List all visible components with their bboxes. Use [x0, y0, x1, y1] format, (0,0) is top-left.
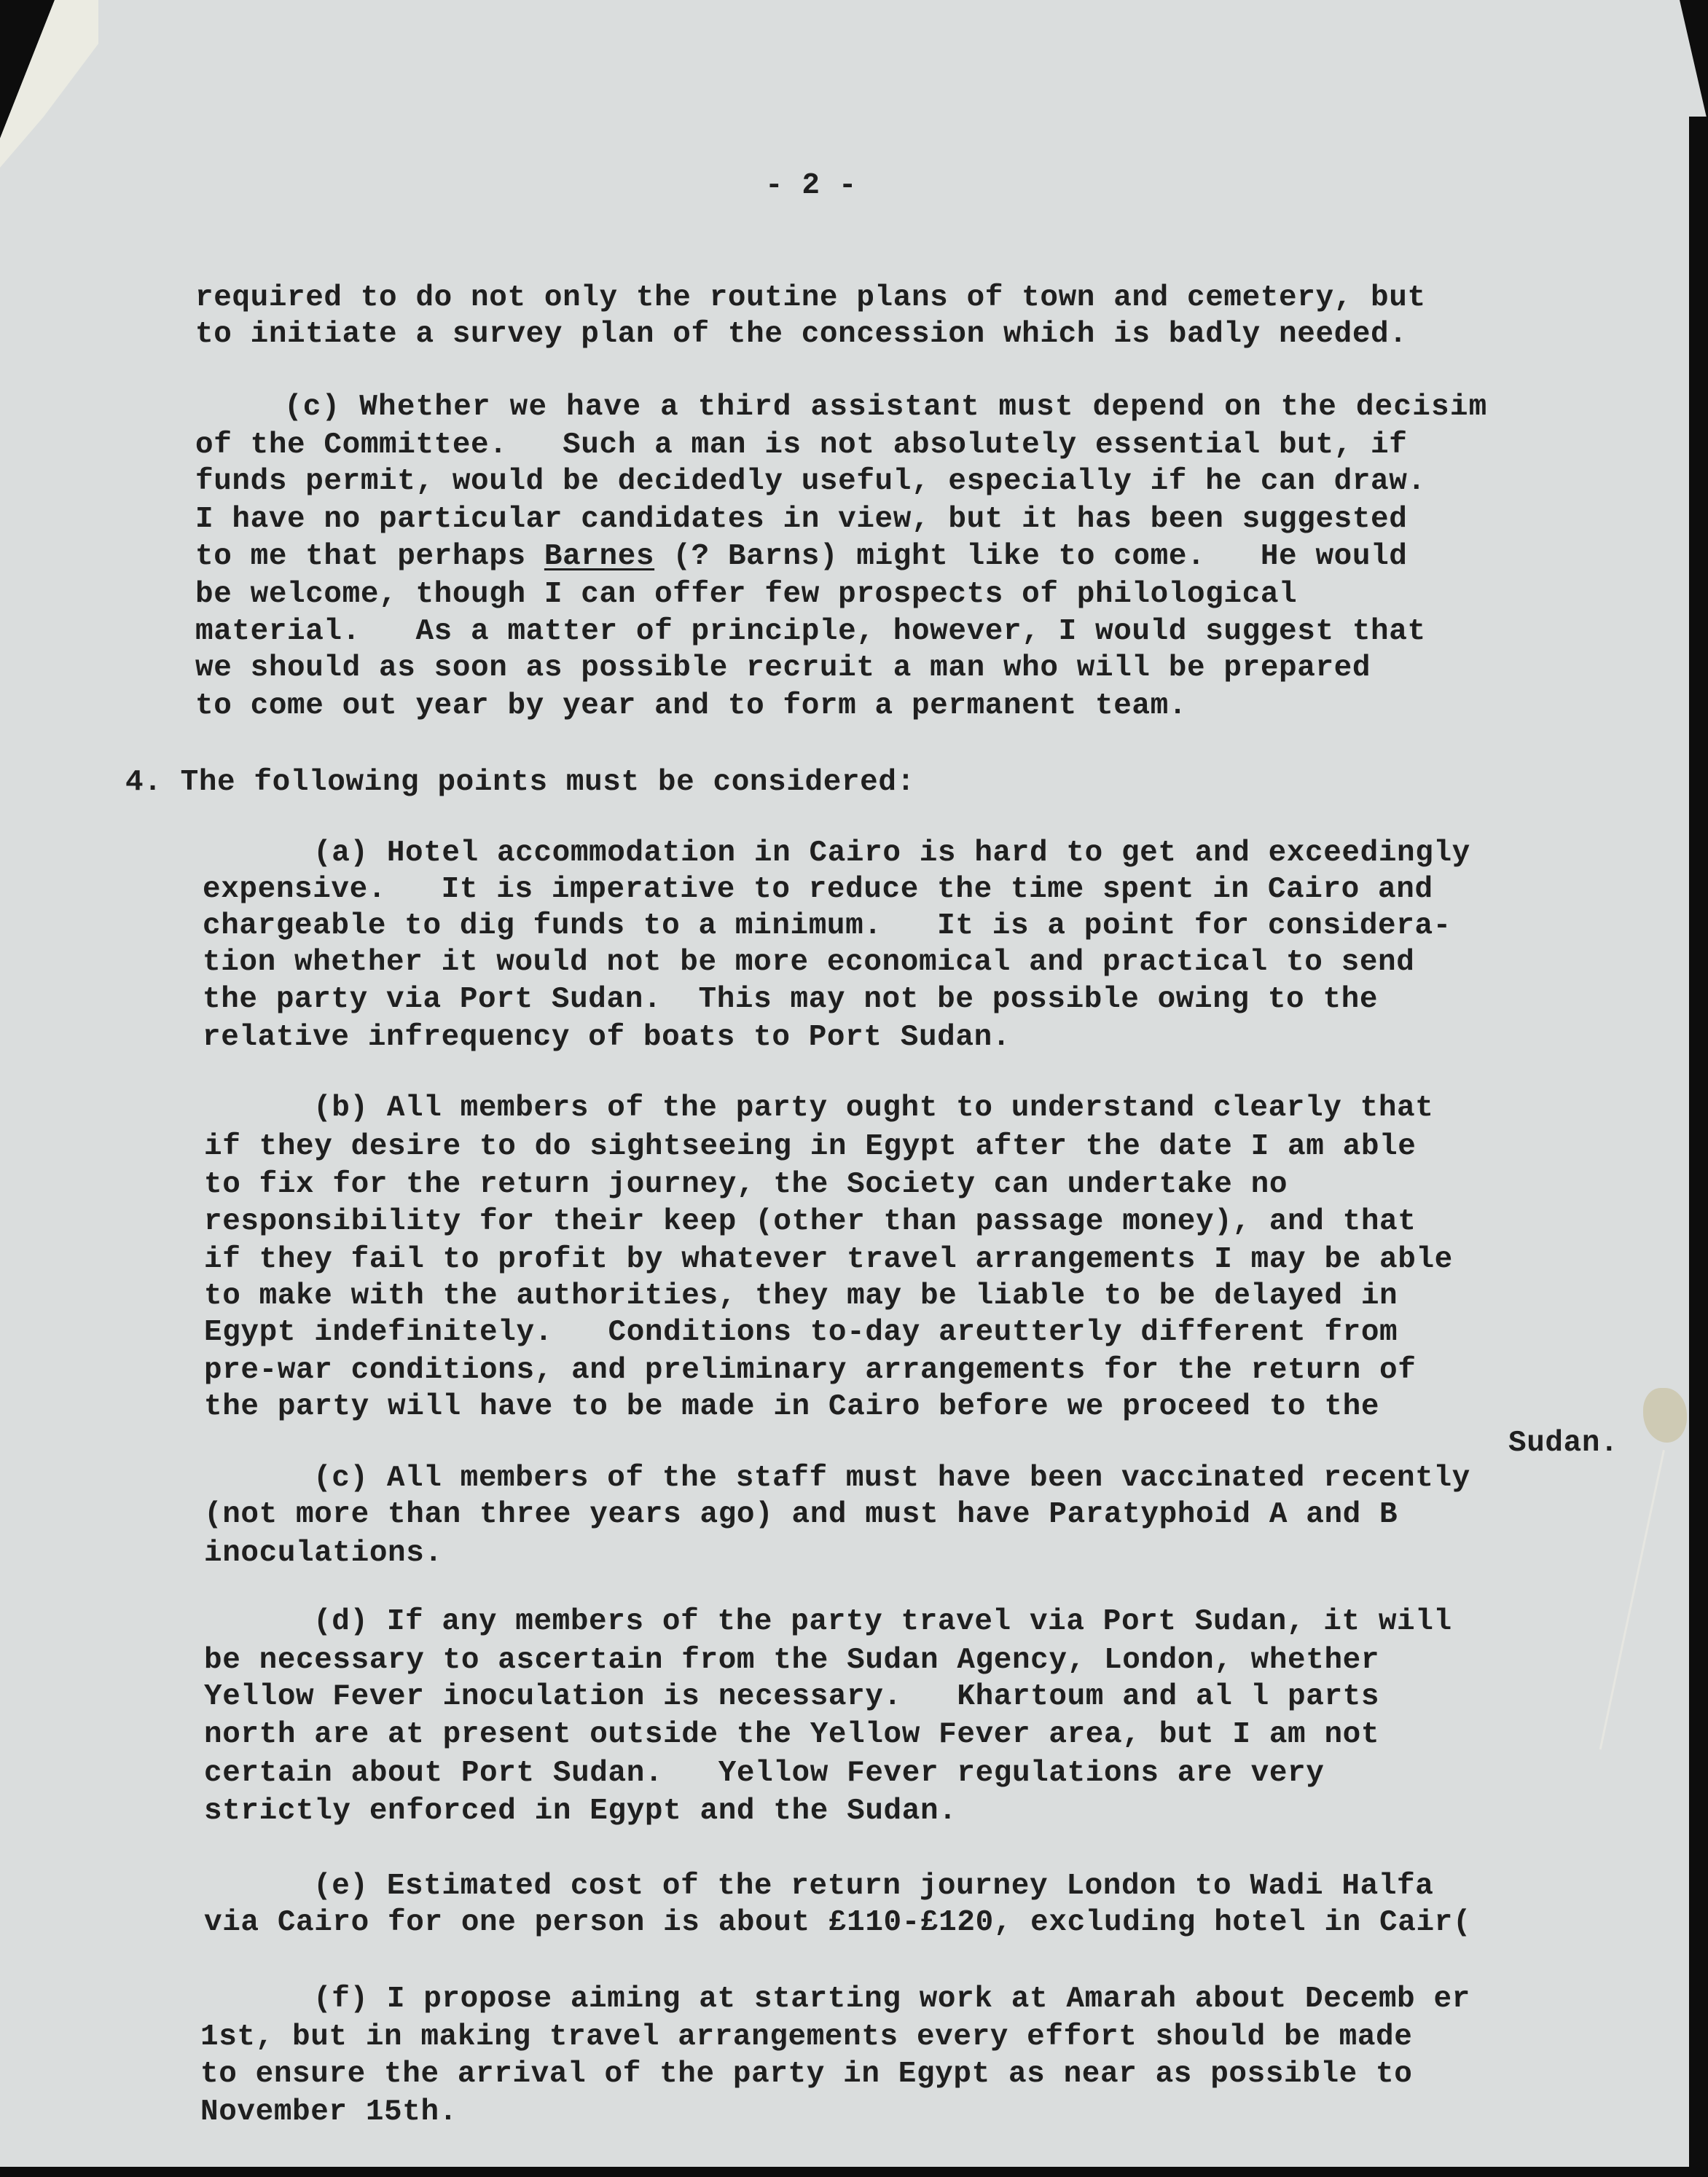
text-line: be welcome, though I can offer few prosp… [195, 578, 1297, 611]
scan-border-right [1689, 117, 1708, 2177]
text-line: (not more than three years ago) and must… [204, 1498, 1398, 1531]
page-number: - 2 - [765, 169, 857, 203]
text-line: relative infrequency of boats to Port Su… [203, 1021, 1011, 1054]
text-line: material. As a matter of principle, howe… [195, 615, 1426, 648]
section-heading: 4. The following points must be consider… [125, 766, 915, 799]
text-line: (f) I propose aiming at starting work at… [313, 1982, 1470, 2016]
text-line: via Cairo for one person is about £110-£… [204, 1906, 1471, 1939]
text-line: if they fail to profit by whatever trave… [204, 1243, 1453, 1276]
underlined-name: Barnes [544, 540, 654, 573]
text-line: to fix for the return journey, the Socie… [204, 1168, 1288, 1201]
text-line: to make with the authorities, they may b… [204, 1279, 1398, 1313]
text-line: 1st, but in making travel arrangements e… [200, 2020, 1412, 2054]
text-fragment: (? Barns) might like to come. He would [654, 540, 1407, 573]
text-line: (b) All members of the party ought to un… [313, 1091, 1433, 1125]
text-line: be necessary to ascertain from the Sudan… [204, 1644, 1379, 1677]
text-line: if they desire to do sightseeing in Egyp… [204, 1130, 1416, 1164]
text-line: of the Committee. Such a man is not abso… [195, 428, 1407, 462]
scan-border-bottom [0, 2167, 1708, 2177]
text-line: expensive. It is imperative to reduce th… [203, 873, 1433, 906]
text-line: required to do not only the routine plan… [195, 281, 1426, 315]
text-line: (c) Whether we have a third assistant mu… [284, 391, 1487, 424]
text-line: Egypt indefinitely. Conditions to-day ar… [204, 1316, 1398, 1349]
text-line: (d) If any members of the party travel v… [313, 1605, 1452, 1639]
text-line: tion whether it would not be more econom… [203, 946, 1414, 979]
text-line: I have no particular candidates in view,… [195, 503, 1407, 536]
text-line: (c) All members of the staff must have b… [313, 1462, 1470, 1495]
text-line: Yellow Fever inoculation is necessary. K… [204, 1680, 1379, 1714]
text-line: certain about Port Sudan. Yellow Fever r… [204, 1757, 1324, 1790]
text-line: chargeable to dig funds to a minimum. It… [203, 909, 1452, 943]
text-fragment: to me that perhaps [195, 540, 544, 573]
text-line: November 15th. [200, 2095, 458, 2129]
text-line: strictly enforced in Egypt and the Sudan… [204, 1794, 957, 1828]
text-line: Sudan. [1508, 1427, 1618, 1460]
text-line-with-name: to me that perhaps Barnes (? Barns) migh… [195, 540, 1408, 573]
text-line: to initiate a survey plan of the concess… [195, 318, 1407, 351]
text-line: we should as soon as possible recruit a … [195, 651, 1371, 685]
text-line: the party will have to be made in Cairo … [204, 1390, 1379, 1424]
text-line: (a) Hotel accommodation in Cairo is hard… [313, 836, 1470, 870]
text-line: (e) Estimated cost of the return journey… [313, 1870, 1433, 1903]
text-line: pre-war conditions, and preliminary arra… [204, 1354, 1416, 1387]
text-line: funds permit, would be decidedly useful,… [195, 465, 1426, 498]
text-line: the party via Port Sudan. This may not b… [203, 983, 1378, 1016]
text-line: to come out year by year and to form a p… [195, 689, 1187, 723]
text-line: inoculations. [204, 1537, 443, 1570]
text-line: responsibility for their keep (other tha… [204, 1205, 1416, 1239]
text-line: north are at present outside the Yellow … [204, 1718, 1379, 1752]
text-line: to ensure the arrival of the party in Eg… [200, 2058, 1412, 2091]
